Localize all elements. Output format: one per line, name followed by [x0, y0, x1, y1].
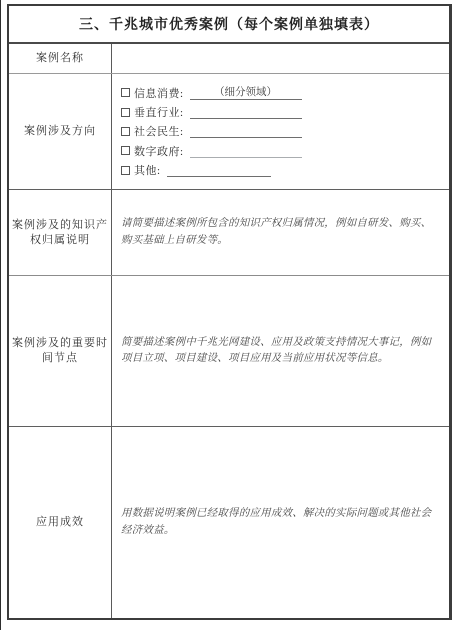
checkbox-option-social-livelihood: 社会民生: — [121, 122, 435, 141]
checkbox-option-other: 其他: — [121, 161, 435, 180]
checkbox-icon[interactable] — [121, 166, 130, 175]
checkbox-label: 社会民生: — [134, 123, 184, 139]
row-label-time-nodes: 案例涉及的重要时间节点 — [9, 276, 112, 426]
checkbox-option-digital-government: 数字政府: — [121, 141, 435, 160]
hint-text-time-nodes: 简要描述案例中千兆光网建设、应用及政策支持情况大事记，例如项目立项、项目建设、项… — [121, 335, 435, 368]
table-row-application-results: 应用成效 用数据说明案例已经取得的应用成效、解决的实际问题或其他社会经济效益。 — [9, 426, 449, 618]
fill-in-line[interactable] — [190, 144, 302, 158]
checkbox-icon[interactable] — [121, 127, 130, 136]
ip-ownership-input-area[interactable]: 请简要描述案例所包含的知识产权归属情况，例如自研发、购买、购买基础上自研发等。 — [112, 190, 449, 275]
row-label-application-results: 应用成效 — [9, 427, 112, 618]
hint-text-ip-ownership: 请简要描述案例所包含的知识产权归属情况，例如自研发、购买、购买基础上自研发等。 — [121, 216, 435, 249]
checkbox-label: 数字政府: — [134, 143, 184, 159]
fill-in-line[interactable]: （细分领域） — [190, 86, 302, 100]
row-label-ip-ownership: 案例涉及的知识产权归属说明 — [9, 190, 112, 275]
application-results-input-area[interactable]: 用数据说明案例已经取得的应用成效、解决的实际问题或其他社会经济效益。 — [112, 427, 449, 618]
checkbox-icon[interactable] — [121, 108, 130, 117]
gigabit-case-form-table: 三、千兆城市优秀案例（每个案例单独填表） 案例名称 案例涉及方向 信息消费: （… — [7, 4, 452, 620]
row-label-case-name: 案例名称 — [9, 44, 112, 73]
checkbox-label: 信息消费: — [134, 85, 184, 101]
form-page: 三、千兆城市优秀案例（每个案例单独填表） 案例名称 案例涉及方向 信息消费: （… — [0, 0, 453, 630]
checkbox-label: 其他: — [134, 162, 161, 178]
form-title: 三、千兆城市优秀案例（每个案例单独填表） — [79, 14, 379, 34]
table-row-time-nodes: 案例涉及的重要时间节点 简要描述案例中千兆光网建设、应用及政策支持情况大事记，例… — [9, 275, 449, 426]
hint-text-application-results: 用数据说明案例已经取得的应用成效、解决的实际问题或其他社会经济效益。 — [121, 506, 435, 539]
time-nodes-input-area[interactable]: 简要描述案例中千兆光网建设、应用及政策支持情况大事记，例如项目立项、项目建设、项… — [112, 276, 449, 426]
fill-in-line[interactable] — [167, 163, 271, 177]
checkbox-label: 垂直行业: — [134, 104, 184, 120]
checkbox-option-vertical-industry: 垂直行业: — [121, 102, 435, 121]
table-row-ip-ownership: 案例涉及的知识产权归属说明 请简要描述案例所包含的知识产权归属情况，例如自研发、… — [9, 189, 449, 275]
checkbox-icon[interactable] — [121, 146, 130, 155]
page-edge-line — [0, 0, 1, 630]
case-name-input-area[interactable] — [112, 44, 449, 73]
table-row-case-name: 案例名称 — [9, 42, 449, 73]
case-direction-options: 信息消费: （细分领域） 垂直行业: 社会民生: 数字政府: — [112, 74, 449, 189]
table-row-case-direction: 案例涉及方向 信息消费: （细分领域） 垂直行业: 社会民生: — [9, 73, 449, 189]
fill-in-line[interactable] — [190, 105, 302, 119]
form-title-row: 三、千兆城市优秀案例（每个案例单独填表） — [9, 6, 449, 42]
fill-in-line[interactable] — [190, 124, 302, 138]
checkbox-option-info-consumption: 信息消费: （细分领域） — [121, 83, 435, 102]
checkbox-icon[interactable] — [121, 88, 130, 97]
fill-in-line-text: （细分领域） — [214, 87, 277, 98]
row-label-case-direction: 案例涉及方向 — [9, 74, 112, 189]
